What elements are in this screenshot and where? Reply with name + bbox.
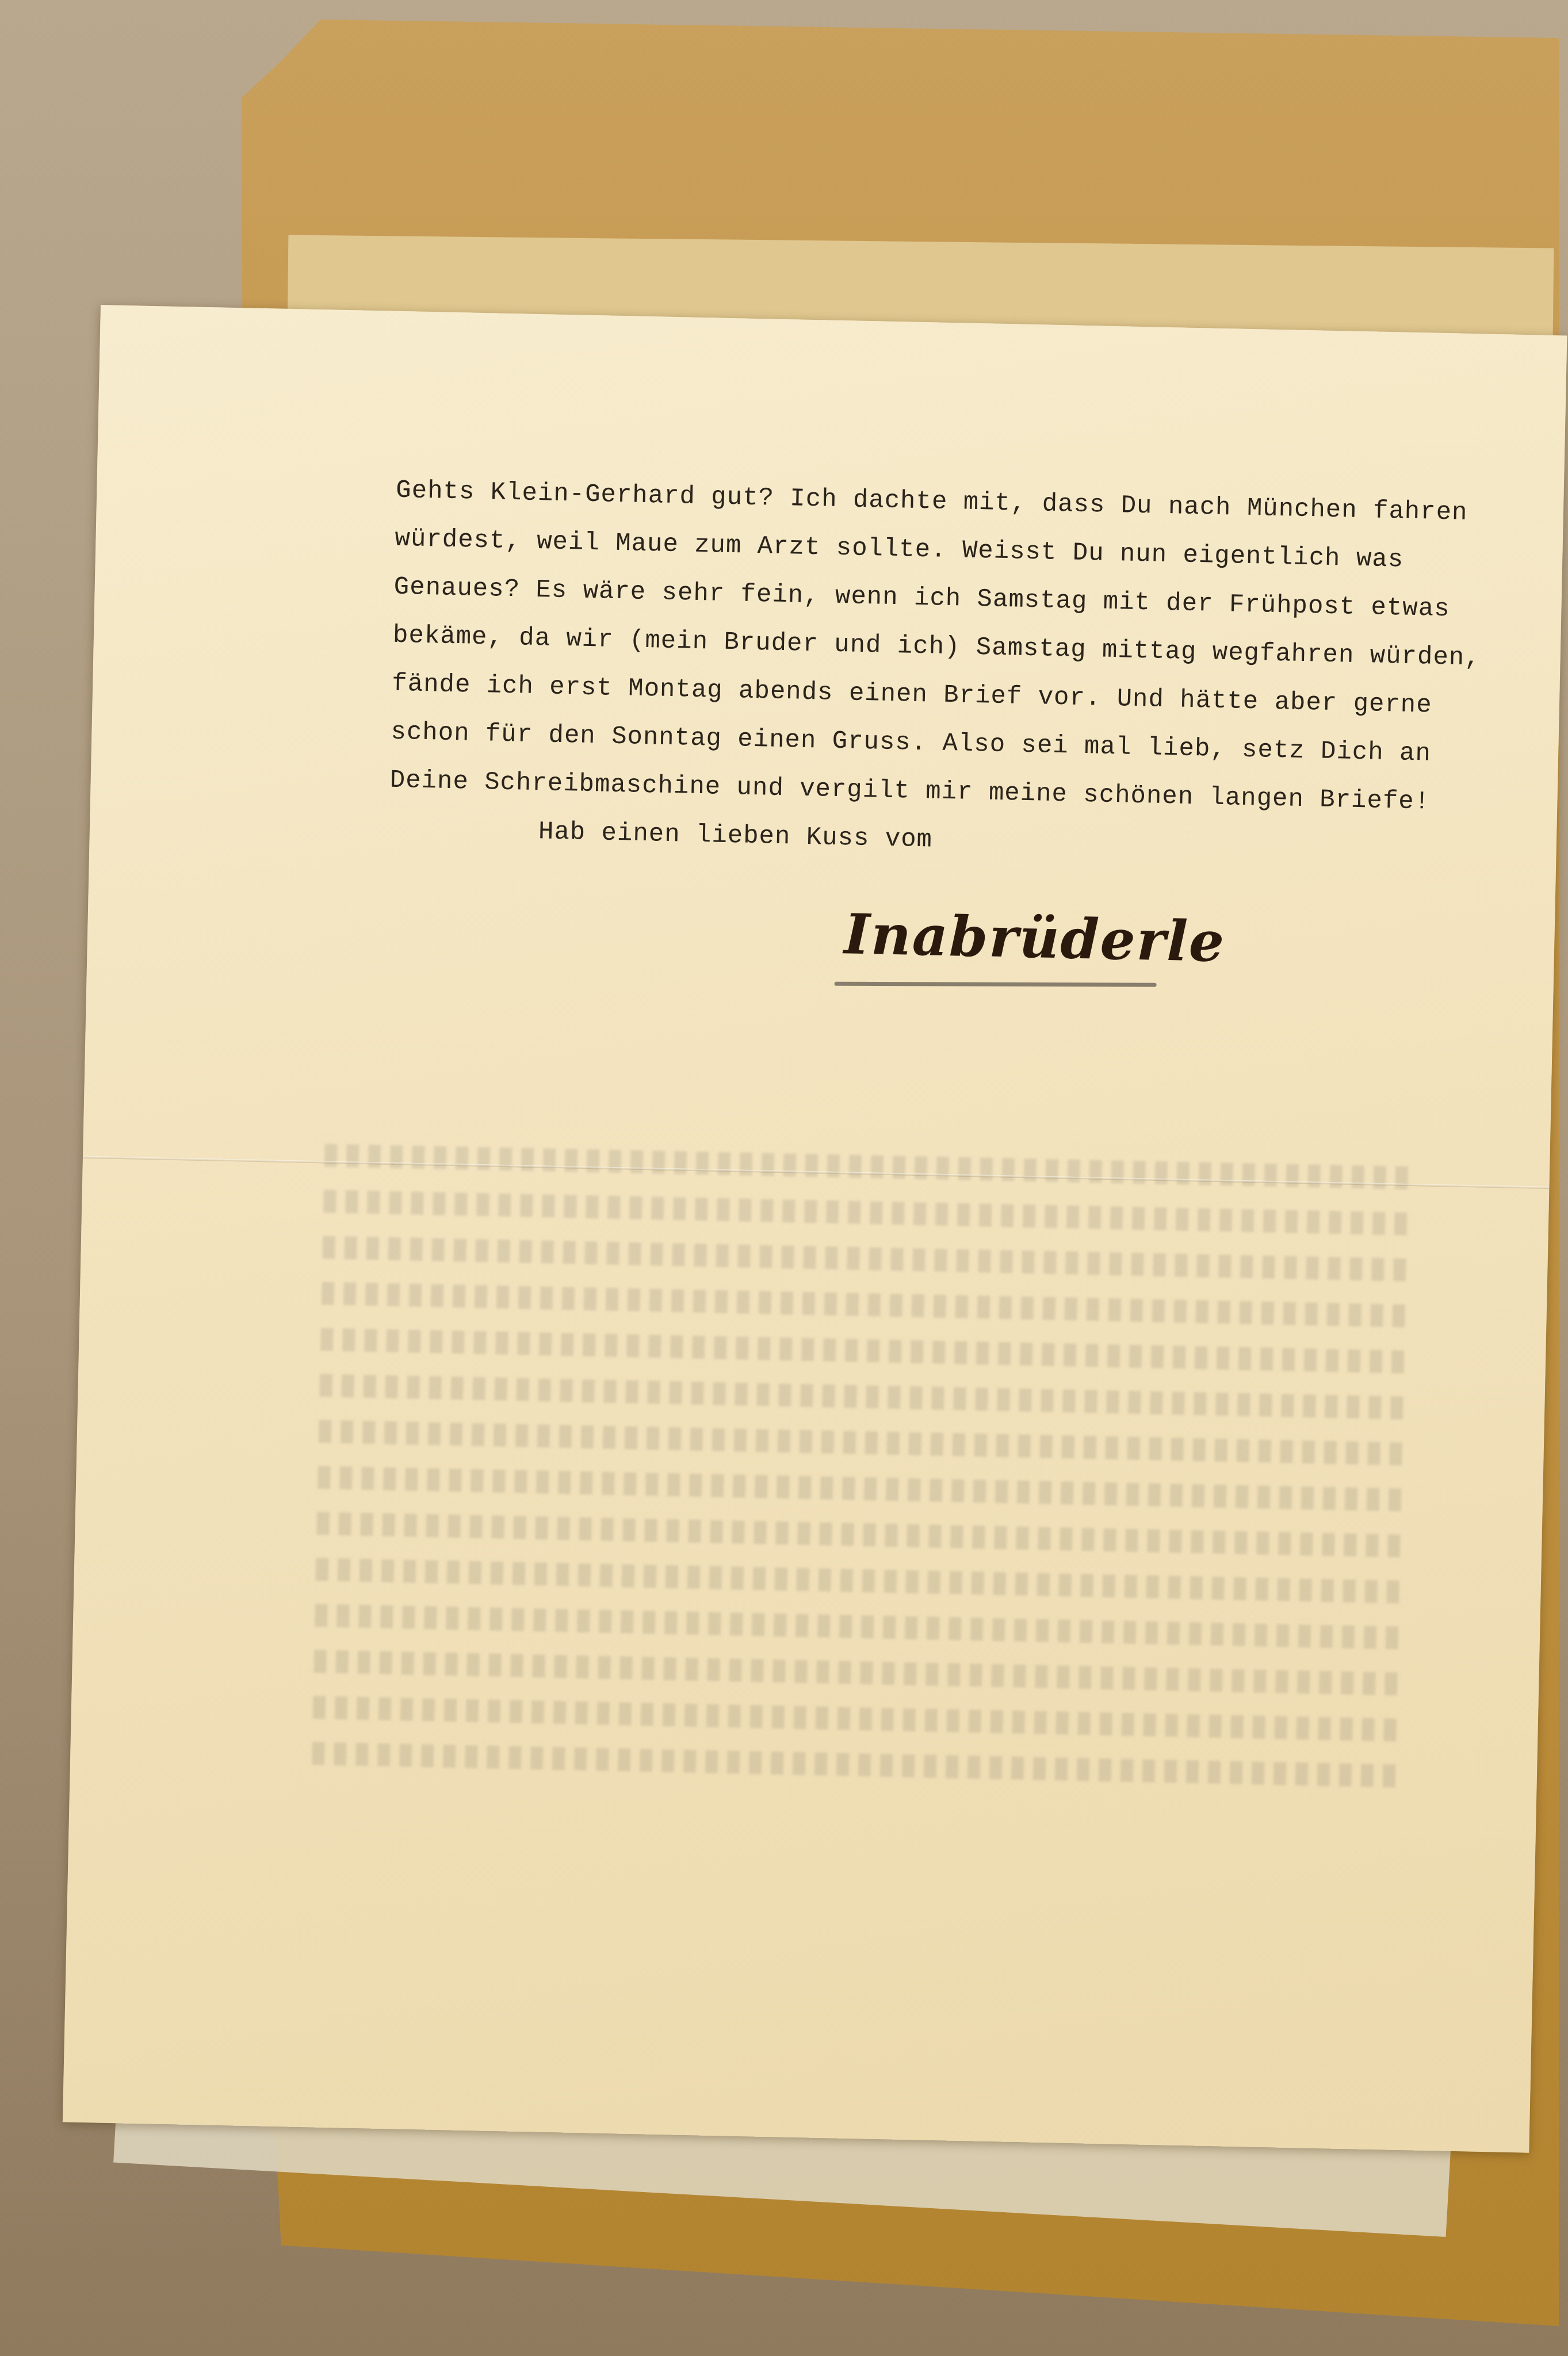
bleed-through-text <box>320 1328 1413 1374</box>
bleed-through-text <box>319 1420 1412 1466</box>
bleed-through-text <box>322 1282 1414 1328</box>
bleed-through-text <box>316 1512 1409 1558</box>
bleed-through-text <box>319 1374 1412 1420</box>
bleed-through-text <box>318 1466 1410 1512</box>
letter-page: Gehts Klein-Gerhard gut? Ich dachte mit,… <box>63 305 1567 2153</box>
bleed-through-text <box>313 1696 1406 1742</box>
letter-body: Gehts Klein-Gerhard gut? Ich dachte mit,… <box>388 466 1524 877</box>
signature-underline <box>835 982 1157 987</box>
handwritten-signature: Inabrüderle <box>843 901 1226 974</box>
bleed-through-text <box>316 1558 1409 1604</box>
bleed-through-text <box>313 1650 1406 1696</box>
bleed-through-text <box>312 1742 1405 1788</box>
bleed-through-text <box>315 1604 1408 1650</box>
bleed-through-text <box>322 1236 1415 1282</box>
bleed-through-text <box>323 1190 1416 1236</box>
